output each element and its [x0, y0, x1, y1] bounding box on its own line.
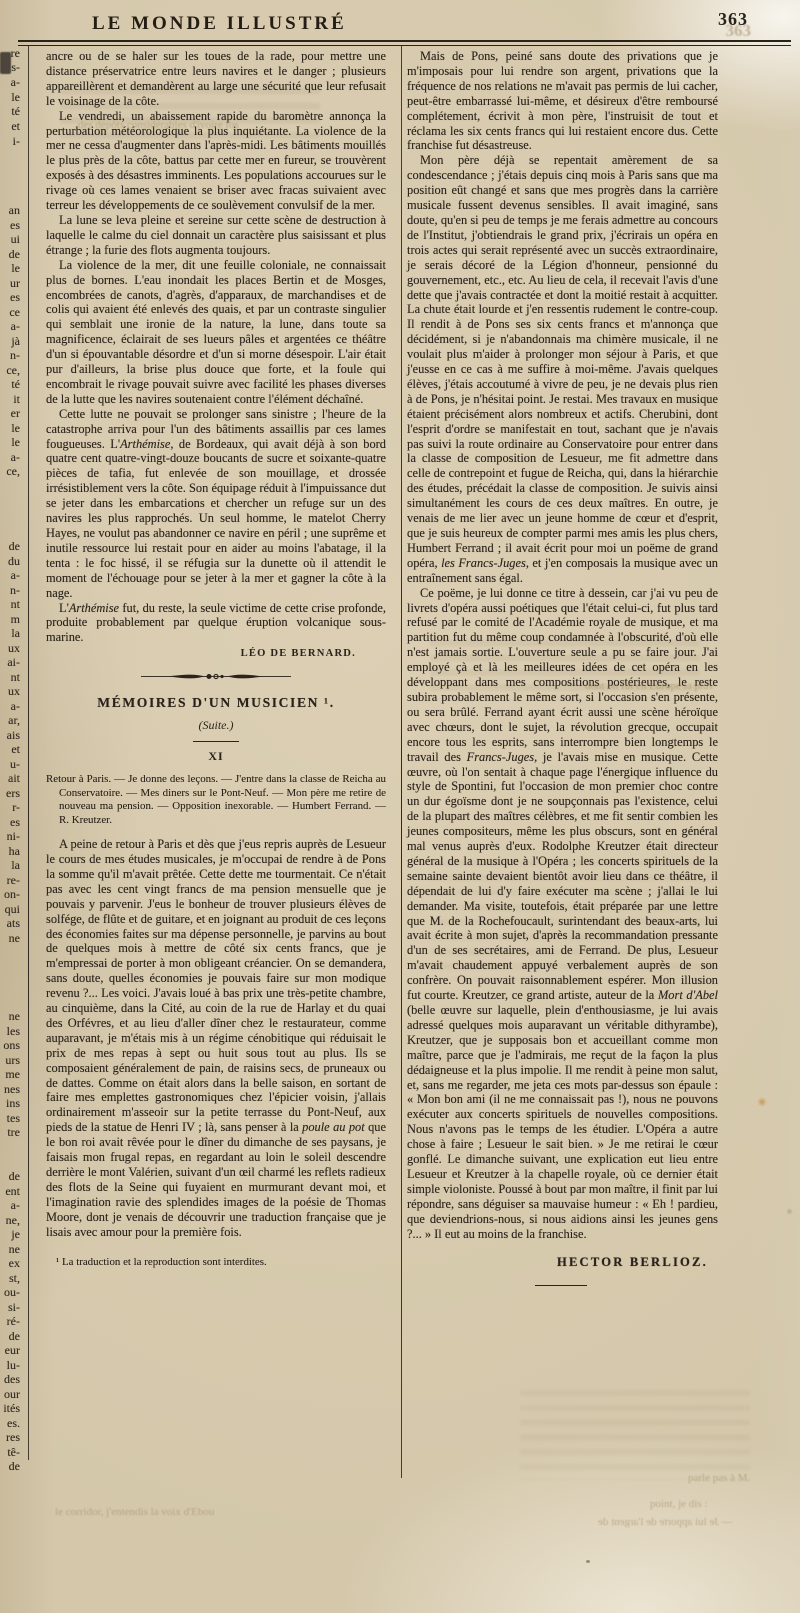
edge-fragment: ce — [9, 306, 20, 318]
edge-fragment: si- — [8, 1301, 20, 1313]
edge-fragment: eur — [5, 1344, 20, 1356]
edge-fragment: ar, — [8, 714, 20, 726]
edge-fragment: ux — [8, 685, 20, 697]
edge-fragment: a- — [11, 451, 20, 463]
edge-fragment: ux — [8, 642, 20, 654]
storm-paragraph: Cette lutte ne pouvait se prolonger sans… — [46, 407, 386, 601]
edge-fragment: té — [11, 105, 20, 117]
left-edge-fragments: res-a-letéeti-anesuideleurescea-jàn-ce,t… — [0, 0, 24, 1613]
edge-fragment: tes — [7, 1112, 20, 1124]
edge-fragment: ités — [3, 1402, 20, 1414]
edge-fragment: je — [11, 1228, 20, 1240]
paper-stain — [757, 1097, 767, 1107]
edge-fragment: ne — [9, 1010, 20, 1022]
column-1: ancre ou de se haler sur les toues de la… — [46, 49, 386, 1268]
edge-fragment: et — [11, 743, 20, 755]
edge-fragment: re- — [7, 874, 20, 886]
show-through-text: — Je lui apporte de l'argent de — [598, 1516, 732, 1528]
chapter-number: XI — [46, 749, 386, 764]
edge-fragment: de — [9, 1460, 20, 1472]
edge-fragment: jà — [11, 335, 20, 347]
edge-fragment: r- — [12, 801, 20, 813]
edge-fragment: ex — [9, 1257, 20, 1269]
edge-fragment: re — [11, 47, 20, 59]
edge-fragment: a- — [11, 1199, 20, 1211]
chapter-summary: Retour à Paris. — Je donne des leçons. —… — [46, 773, 386, 827]
ornament-divider-icon — [141, 672, 291, 681]
edge-fragment: it — [13, 393, 20, 405]
edge-fragment: on- — [4, 888, 20, 900]
edge-fragment: a- — [11, 320, 20, 332]
edge-fragment: ur — [10, 277, 20, 289]
edge-fragment: té — [11, 378, 20, 390]
paper-stain — [786, 1208, 793, 1215]
edge-fragment: de — [9, 540, 20, 552]
memoir-subtitle: (Suite.) — [46, 718, 386, 733]
edge-fragment: la — [11, 859, 20, 871]
edge-fragment: ers — [6, 787, 20, 799]
show-through-text: dont on fut en Europe la plus — [585, 680, 713, 692]
article-end-rule — [535, 1285, 587, 1287]
show-through-text: le corridor, j'entendis la voix d'Ebou — [55, 1506, 214, 1518]
edge-fragment: le — [11, 262, 20, 274]
edge-fragment: an — [9, 204, 20, 216]
edge-fragment: es. — [7, 1417, 20, 1429]
edge-fragment: ce, — [6, 364, 20, 376]
storm-paragraph: ancre ou de se haler sur les toues de la… — [46, 49, 386, 109]
edge-fragment: des — [4, 1373, 20, 1385]
edge-fragment: ins — [6, 1097, 20, 1109]
edge-fragment: a- — [11, 76, 20, 88]
ornament-divider — [46, 668, 386, 686]
memoir-title: MÉMOIRES D'UN MUSICIEN ¹. — [46, 695, 386, 711]
edge-fragment: ou- — [4, 1286, 20, 1298]
memoir-paragraph: Mais de Pons, peiné sans doute des priva… — [407, 49, 718, 153]
edge-fragment: nes — [4, 1083, 20, 1095]
edge-fragment: ai- — [7, 656, 20, 668]
newspaper-page: LE MONDE ILLUSTRÉ 363 363 res-a-letéeti-… — [0, 0, 800, 1613]
show-through-text: parle pas à M. — [688, 1472, 750, 1484]
edge-fragment: et — [11, 120, 20, 132]
memoir-paragraph: A peine de retour à Paris et dès que j'e… — [46, 837, 386, 1239]
edge-fragment: ent — [5, 1185, 20, 1197]
edge-fragment: ui — [11, 233, 20, 245]
show-through-text: des dépôts considérables d'ivoire fos — [78, 119, 239, 131]
memoir-paragraph: Mon père déjà se repentait amèrement de … — [407, 153, 718, 585]
edge-fragment: me — [5, 1068, 20, 1080]
edge-fragment: m — [11, 613, 20, 625]
show-through-smudge — [520, 1390, 750, 1480]
edge-fragment: le — [11, 422, 20, 434]
show-through-text: point, je dis : — [650, 1498, 707, 1510]
edge-fragment: le — [11, 436, 20, 448]
edge-fragment: du — [8, 555, 20, 567]
storm-paragraph: La lune se leva pleine et sereine sur ce… — [46, 213, 386, 258]
edge-fragment: ha — [9, 845, 20, 857]
edge-fragment: nt — [11, 598, 20, 610]
edge-fragment: st, — [9, 1272, 20, 1284]
edge-fragment: i- — [13, 135, 20, 147]
edge-fragment: er — [11, 407, 20, 419]
edge-fragment: res — [6, 1431, 20, 1443]
paper-speck — [586, 1560, 590, 1563]
column-rule-left — [28, 46, 29, 1460]
edge-fragment: tê- — [7, 1446, 20, 1458]
edge-fragment: de — [9, 248, 20, 260]
edge-fragment: la — [11, 627, 20, 639]
edge-fragment: lu- — [7, 1359, 20, 1371]
header-rule — [18, 40, 791, 46]
edge-fragment: u- — [10, 758, 20, 770]
edge-fragment: urs — [5, 1054, 20, 1066]
edge-fragment: ne — [9, 1243, 20, 1255]
footnote: ¹ La traduction et la reproduction sont … — [46, 1256, 386, 1268]
author-signature: HECTOR BERLIOZ. — [407, 1255, 718, 1270]
edge-fragment: tre — [7, 1126, 20, 1138]
edge-fragment: our — [4, 1388, 20, 1400]
column-2: Mais de Pons, peiné sans doute des priva… — [407, 49, 718, 1286]
storm-article-signature: LÉO DE BERNARD. — [46, 648, 386, 659]
edge-fragment: ats — [7, 917, 20, 929]
subtitle-rule — [193, 741, 239, 742]
edge-fragment: ait — [8, 772, 20, 784]
edge-fragment: qui — [5, 903, 20, 915]
column-rule-middle — [401, 46, 402, 1478]
edge-fragment: n- — [10, 349, 20, 361]
edge-fragment: ce, — [6, 465, 20, 477]
edge-fragment: n- — [10, 584, 20, 596]
edge-fragment: de — [9, 1330, 20, 1342]
edge-fragment: de — [9, 1170, 20, 1182]
edge-fragment: nt — [11, 671, 20, 683]
edge-fragment: es — [10, 291, 20, 303]
page-number: 363 — [718, 9, 748, 30]
edge-fragment: s- — [11, 61, 20, 73]
edge-fragment: ais — [7, 729, 20, 741]
edge-fragment: ne, — [6, 1214, 20, 1226]
edge-fragment: ne — [9, 932, 20, 944]
edge-fragment: ni- — [7, 830, 20, 842]
edge-fragment: a- — [11, 569, 20, 581]
edge-fragment: les — [7, 1025, 20, 1037]
edge-fragment: es — [10, 219, 20, 231]
edge-fragment: a- — [11, 700, 20, 712]
edge-fragment: ons — [3, 1039, 20, 1051]
edge-fragment: le — [11, 91, 20, 103]
storm-paragraph: La violence de la mer, dit une feuille c… — [46, 258, 386, 407]
masthead-title: LE MONDE ILLUSTRÉ — [92, 13, 347, 35]
edge-fragment: es — [10, 816, 20, 828]
edge-fragment: ré- — [7, 1315, 20, 1327]
storm-paragraph: L'Arthémise fut, du reste, la seule vict… — [46, 601, 386, 646]
